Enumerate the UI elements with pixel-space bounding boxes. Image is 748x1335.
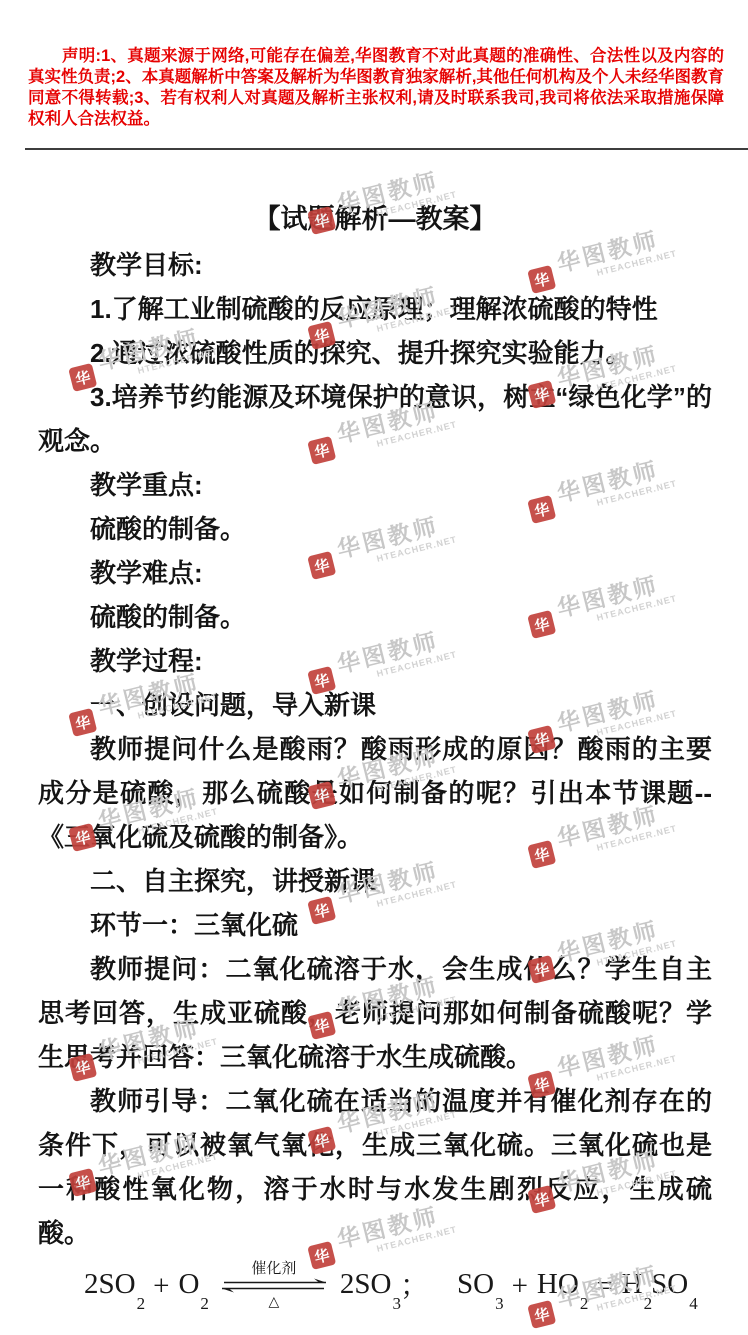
paragraph: 一、创设问题，导入新课 — [38, 683, 712, 727]
paragraph: 教学过程: — [38, 639, 712, 683]
paragraph: 硫酸的制备。 — [38, 507, 712, 551]
paragraph: 教师提问什么是酸雨？酸雨形成的原因？酸雨的主要成分是硫酸，那么硫酸是如何制备的呢… — [38, 727, 712, 859]
document-body: 【试题解析—教案】 教学目标: 1.了解工业制硫酸的反应原理；理解浓硫酸的特性 … — [38, 197, 712, 1310]
paragraph: 教学重点: — [38, 463, 712, 507]
chemical-equation: 2SO2 + O2 催化剂 △ 2SO3 ； SO3 + HO2 = H2SO4 — [84, 1263, 712, 1310]
paragraph: 2.通过浓硫酸性质的探究、提升探究实验能力。 — [38, 331, 712, 375]
disclaimer-text: 声明:1、真题来源于网络,可能存在偏差,华图教育不对此真题的准确性、合法性以及内… — [28, 46, 724, 130]
formula-o2: O2 — [178, 1270, 207, 1303]
equilibrium-arrows — [218, 1278, 330, 1293]
disclaimer-label: 声明: — [62, 47, 101, 65]
formula-h2so4: H2SO4 — [622, 1270, 697, 1303]
formula-ho2: HO2 — [537, 1270, 587, 1303]
paragraph: 3.培养节约能源及环境保护的意识，树立“绿色化学”的观念。 — [38, 375, 712, 463]
paragraph: 教师引导：二氧化硫在适当的温度并有催化剂存在的条件下，可以被氧气氧化，生成三氧化… — [38, 1079, 712, 1255]
heat-delta-label: △ — [269, 1294, 280, 1309]
formula-2so3: 2SO3 — [340, 1270, 400, 1303]
paragraph: 教师提问：二氧化硫溶于水，会生成什么？学生自主思考回答，生成亚硫酸，老师提问那如… — [38, 947, 712, 1079]
paragraph: 环节一：三氧化硫 — [38, 903, 712, 947]
paragraph: 硫酸的制备。 — [38, 595, 712, 639]
equilibrium-arrow-icon: 催化剂 △ — [218, 1261, 330, 1308]
plus-operator: + — [512, 1272, 528, 1301]
formula-so3: SO3 — [457, 1270, 503, 1303]
paragraph: 1.了解工业制硫酸的反应原理；理解浓硫酸的特性 — [38, 287, 712, 331]
paragraph: 教学难点: — [38, 551, 712, 595]
plus-operator: + — [153, 1272, 169, 1301]
paragraph: 教学目标: — [38, 243, 712, 287]
equation-separator: ； — [400, 1272, 429, 1301]
disclaimer-body: 1、真题来源于网络,可能存在偏差,华图教育不对此真题的准确性、合法性以及内容的真… — [28, 47, 724, 128]
equals-operator: = — [596, 1272, 612, 1301]
divider — [25, 148, 748, 150]
formula-2so2: 2SO2 — [84, 1270, 144, 1303]
catalyst-label: 催化剂 — [251, 1261, 296, 1277]
page-title: 【试题解析—教案】 — [38, 197, 712, 241]
paragraph: 二、自主探究，讲授新课 — [38, 859, 712, 903]
